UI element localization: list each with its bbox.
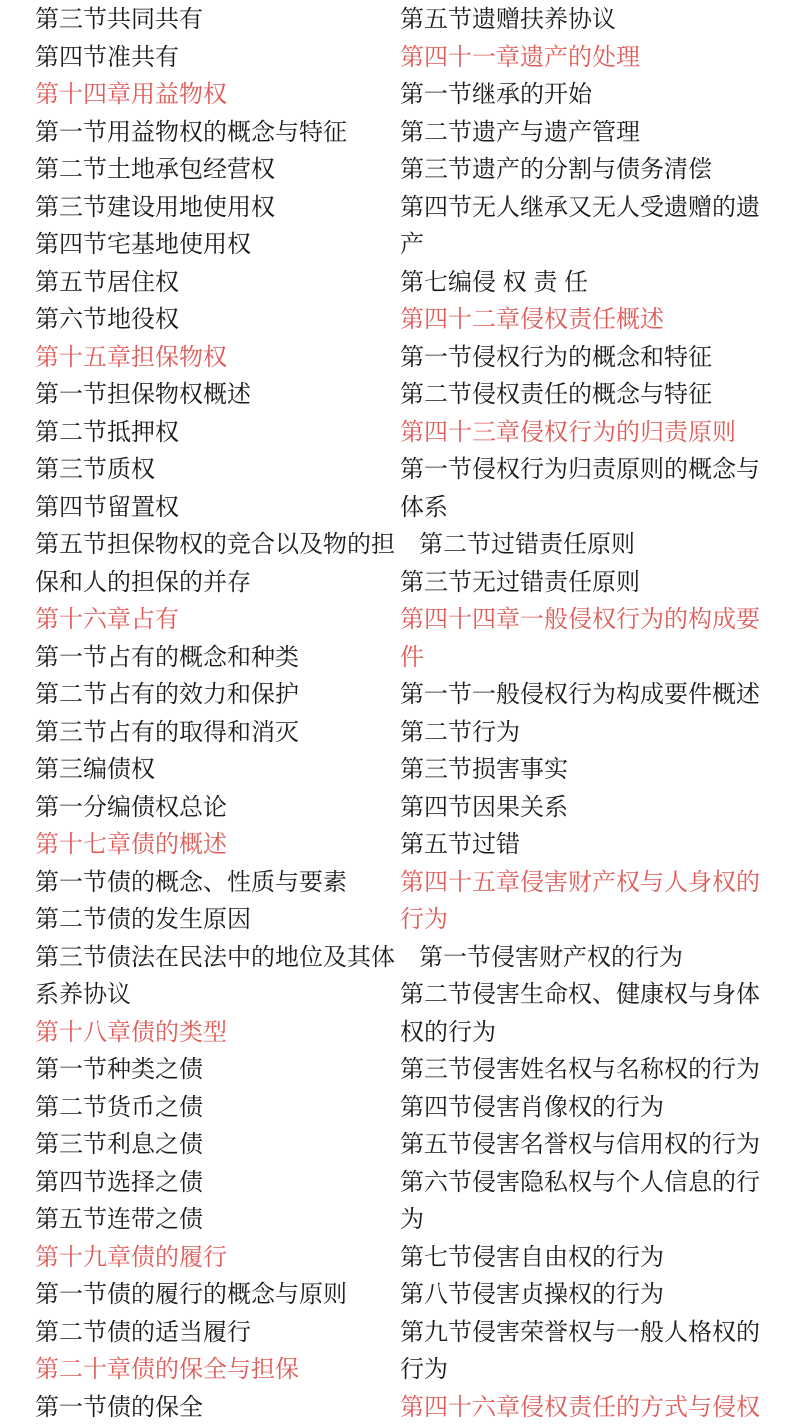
- toc-entry-right[interactable]: 第三节无过错责任原则: [400, 564, 640, 602]
- toc-entry-right[interactable]: 第一节侵权行为归责原则的概念与: [400, 451, 760, 489]
- toc-entry-left[interactable]: 第十五章担保物权: [35, 339, 400, 377]
- toc-entry-right[interactable]: 第一节侵权行为的概念和特征: [400, 339, 712, 377]
- toc-row: 保和人的担保的并存第三节无过错责任原则: [35, 564, 790, 602]
- toc-entry-right[interactable]: 第七编侵 权 责 任: [400, 264, 588, 302]
- toc-entry-right[interactable]: 第一节一般侵权行为构成要件概述: [400, 676, 760, 714]
- toc-entry-right[interactable]: 第四十二章侵权责任概述: [400, 301, 664, 339]
- toc-entry-right[interactable]: 第八节侵害贞操权的行为: [400, 1276, 664, 1314]
- toc-row: 第二节债的适当履行第九节侵害荣誉权与一般人格权的: [35, 1314, 790, 1352]
- toc-entry-right[interactable]: 件: [400, 639, 424, 677]
- toc-entry-right[interactable]: 第七节侵害自由权的行为: [400, 1239, 664, 1277]
- toc-entry-left[interactable]: 第五节担保物权的竞合以及物的担: [35, 526, 419, 564]
- toc-entry-right[interactable]: 第一节继承的开始: [400, 76, 592, 114]
- toc-row: 第三编债权第三节损害事实: [35, 751, 790, 789]
- toc-entry-left[interactable]: 第二节占有的效力和保护: [35, 676, 400, 714]
- toc-row: 第一节债的保全第四十六章侵权责任的方式与侵权: [35, 1389, 790, 1426]
- toc-entry-left[interactable]: 第二节货币之债: [35, 1089, 400, 1127]
- toc-row: 第一节担保物权概述第二节侵权责任的概念与特征: [35, 376, 790, 414]
- toc-entry-right[interactable]: 第四十一章遗产的处理: [400, 39, 640, 77]
- toc-row: 第三节占有的取得和消灭第二节行为: [35, 714, 790, 752]
- toc-entry-right[interactable]: 第二节过错责任原则: [419, 526, 635, 564]
- toc-entry-left[interactable]: 第一节债的概念、性质与要素: [35, 864, 400, 902]
- toc-entry-left[interactable]: 第二节债的适当履行: [35, 1314, 400, 1352]
- toc-entry-right[interactable]: 第三节侵害姓名权与名称权的行为: [400, 1051, 760, 1089]
- toc-entry-left[interactable]: 第十四章用益物权: [35, 76, 400, 114]
- toc-entry-left[interactable]: 第二十章债的保全与担保: [35, 1351, 400, 1389]
- toc-entry-right[interactable]: 行为: [400, 901, 448, 939]
- toc-row: 第三节质权第一节侵权行为归责原则的概念与: [35, 451, 790, 489]
- toc-entry-left[interactable]: 第一节占有的概念和种类: [35, 639, 400, 677]
- toc-row: 第二节土地承包经营权第三节遗产的分割与债务清偿: [35, 151, 790, 189]
- toc-entry-right[interactable]: 第四节无人继承又无人受遗赠的遗: [400, 189, 760, 227]
- toc-row: 第二节占有的效力和保护第一节一般侵权行为构成要件概述: [35, 676, 790, 714]
- toc-row: 第四节选择之债第六节侵害隐私权与个人信息的行: [35, 1164, 790, 1202]
- toc-entry-right[interactable]: 第五节过错: [400, 826, 520, 864]
- toc-row: 第二十章债的保全与担保行为: [35, 1351, 790, 1389]
- toc-row: 第十四章用益物权第一节继承的开始: [35, 76, 790, 114]
- toc-entry-left[interactable]: 第三节建设用地使用权: [35, 189, 400, 227]
- toc-entry-left[interactable]: 第十六章占有: [35, 601, 400, 639]
- toc-row: 第一节种类之债第三节侵害姓名权与名称权的行为: [35, 1051, 790, 1089]
- toc-entry-right[interactable]: 体系: [400, 489, 448, 527]
- toc-entry-right[interactable]: 第六节侵害隐私权与个人信息的行: [400, 1164, 760, 1202]
- toc-entry-left[interactable]: 第一节债的保全: [35, 1389, 400, 1426]
- toc-entry-right[interactable]: 第四十五章侵害财产权与人身权的: [400, 864, 760, 902]
- toc-entry-right[interactable]: 第三节损害事实: [400, 751, 568, 789]
- toc-row: 第十九章债的履行第七节侵害自由权的行为: [35, 1239, 790, 1277]
- toc-entry-right[interactable]: 第五节遗赠扶养协议: [400, 1, 616, 39]
- toc-row: 第十六章占有第四十四章一般侵权行为的构成要: [35, 601, 790, 639]
- toc-row: 第一分编债权总论第四节因果关系: [35, 789, 790, 827]
- toc-entry-left[interactable]: 第五节连带之债: [35, 1201, 400, 1239]
- toc-entry-right[interactable]: 权的行为: [400, 1014, 496, 1052]
- toc-entry-left[interactable]: 第三节利息之债: [35, 1126, 400, 1164]
- toc-row: 第十五章担保物权第一节侵权行为的概念和特征: [35, 339, 790, 377]
- toc-row: 第二节货币之债第四节侵害肖像权的行为: [35, 1089, 790, 1127]
- toc-entry-right[interactable]: 第四十六章侵权责任的方式与侵权: [400, 1389, 760, 1426]
- toc-entry-left[interactable]: 第一节债的履行的概念与原则: [35, 1276, 400, 1314]
- toc-entry-right[interactable]: 第二节侵害生命权、健康权与身体: [400, 976, 760, 1014]
- toc-entry-right[interactable]: 为: [400, 1201, 424, 1239]
- toc-entry-left[interactable]: 第二节债的发生原因: [35, 901, 400, 939]
- toc-entry-left[interactable]: 第三编债权: [35, 751, 400, 789]
- toc-row: 系养协议第二节侵害生命权、健康权与身体: [35, 976, 790, 1014]
- toc-entry-left[interactable]: 第三节共同共有: [35, 1, 400, 39]
- toc-entry-right[interactable]: 第二节侵权责任的概念与特征: [400, 376, 712, 414]
- toc-entry-right[interactable]: 第二节遗产与遗产管理: [400, 114, 640, 152]
- toc-entry-right[interactable]: 第九节侵害荣誉权与一般人格权的: [400, 1314, 760, 1352]
- toc-entry-left[interactable]: 第四节宅基地使用权: [35, 226, 400, 264]
- toc-row: 第二节债的发生原因行为: [35, 901, 790, 939]
- toc-entry-right[interactable]: 第四十三章侵权行为的归责原则: [400, 414, 736, 452]
- toc-row: 第六节地役权第四十二章侵权责任概述: [35, 301, 790, 339]
- toc-row: 第二节抵押权第四十三章侵权行为的归责原则: [35, 414, 790, 452]
- toc-entry-left[interactable]: 第三节债法在民法中的地位及其体: [35, 939, 419, 977]
- toc-row: 第一节债的履行的概念与原则第八节侵害贞操权的行为: [35, 1276, 790, 1314]
- toc-row: 第三节建设用地使用权第四节无人继承又无人受遗赠的遗: [35, 189, 790, 227]
- toc-row: 第一节占有的概念和种类件: [35, 639, 790, 677]
- toc-entry-left[interactable]: 第十七章债的概述: [35, 826, 400, 864]
- toc-row: 第四节留置权体系: [35, 489, 790, 527]
- toc-row: 第四节宅基地使用权产: [35, 226, 790, 264]
- toc-entry-right[interactable]: 第四节侵害肖像权的行为: [400, 1089, 664, 1127]
- table-of-contents: 第三节共同共有第五节遗赠扶养协议 第四节准共有第四十一章遗产的处理 第十四章用益…: [0, 0, 790, 1426]
- toc-entry-right[interactable]: 第一节侵害财产权的行为: [419, 939, 683, 977]
- toc-row: 第一节用益物权的概念与特征第二节遗产与遗产管理: [35, 114, 790, 152]
- toc-entry-left[interactable]: 系养协议: [35, 976, 400, 1014]
- toc-entry-left[interactable]: 第十八章债的类型: [35, 1014, 400, 1052]
- toc-entry-right[interactable]: 产: [400, 226, 424, 264]
- toc-entry-left[interactable]: 第一节担保物权概述: [35, 376, 400, 414]
- toc-entry-right[interactable]: 第二节行为: [400, 714, 520, 752]
- toc-entry-right[interactable]: 第三节遗产的分割与债务清偿: [400, 151, 712, 189]
- toc-entry-left[interactable]: 第三节质权: [35, 451, 400, 489]
- toc-row: 第五节连带之债为: [35, 1201, 790, 1239]
- toc-entry-left[interactable]: 第一分编债权总论: [35, 789, 400, 827]
- toc-entry-left[interactable]: 第四节选择之债: [35, 1164, 400, 1202]
- toc-entry-left[interactable]: 第一节用益物权的概念与特征: [35, 114, 400, 152]
- toc-row: 第一节债的概念、性质与要素第四十五章侵害财产权与人身权的: [35, 864, 790, 902]
- toc-entry-left[interactable]: 第二节土地承包经营权: [35, 151, 400, 189]
- toc-entry-left[interactable]: 第二节抵押权: [35, 414, 400, 452]
- toc-row: 第四节准共有第四十一章遗产的处理: [35, 39, 790, 77]
- toc-entry-left[interactable]: 第四节准共有: [35, 39, 400, 77]
- toc-entry-left[interactable]: 第四节留置权: [35, 489, 400, 527]
- toc-row: 第五节居住权第七编侵 权 责 任: [35, 264, 790, 302]
- toc-row: 第十八章债的类型权的行为: [35, 1014, 790, 1052]
- toc-row: 第三节共同共有第五节遗赠扶养协议: [35, 1, 790, 39]
- toc-entry-right[interactable]: 行为: [400, 1351, 448, 1389]
- toc-row: 第十七章债的概述第五节过错: [35, 826, 790, 864]
- toc-entry-right[interactable]: 第四十四章一般侵权行为的构成要: [400, 601, 760, 639]
- toc-entry-right[interactable]: 第五节侵害名誉权与信用权的行为: [400, 1126, 760, 1164]
- toc-row: 第三节债法在民法中的地位及其体第一节侵害财产权的行为: [35, 939, 790, 977]
- toc-row: 第五节担保物权的竞合以及物的担第二节过错责任原则: [35, 526, 790, 564]
- toc-entry-left[interactable]: 第六节地役权: [35, 301, 400, 339]
- toc-row: 第三节利息之债第五节侵害名誉权与信用权的行为: [35, 1126, 790, 1164]
- toc-entry-left[interactable]: 第十九章债的履行: [35, 1239, 400, 1277]
- toc-entry-left[interactable]: 第三节占有的取得和消灭: [35, 714, 400, 752]
- toc-entry-left[interactable]: 第一节种类之债: [35, 1051, 400, 1089]
- toc-entry-left[interactable]: 保和人的担保的并存: [35, 564, 400, 602]
- toc-entry-right[interactable]: 第四节因果关系: [400, 789, 568, 827]
- toc-entry-left[interactable]: 第五节居住权: [35, 264, 400, 302]
